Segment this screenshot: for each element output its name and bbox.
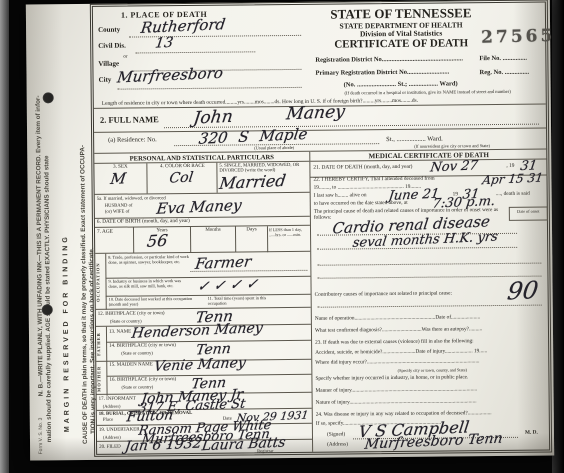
- undertaker-label: 19. UNDERTAKER: [99, 427, 140, 433]
- age-label: 7. AGE: [97, 230, 113, 236]
- date-of-onset-label: Date of onset: [510, 208, 547, 215]
- county-label: County: [98, 27, 120, 35]
- father-bp-label: 14. BIRTHPLACE (city or town): [109, 343, 176, 349]
- blank-line2: [317, 276, 541, 279]
- father-side-label: FATHER: [96, 327, 106, 361]
- full-name-label: 2. FULL NAME: [100, 115, 159, 125]
- margin-note-line1: N. B.—WRITE PLAINLY, WITH UNFADING INK—T…: [35, 96, 45, 397]
- occupation-side-label: OCCUPATION: [95, 254, 106, 310]
- signed-label: (Signed): [327, 432, 345, 438]
- age-years-value: 56: [146, 233, 169, 250]
- reg-no-label: Reg. No. ...............: [479, 69, 529, 77]
- personal-particulars-column: PERSONAL AND STATISTICAL PARTICULARS 3. …: [94, 151, 312, 454]
- scanner-edge-right: [552, 0, 564, 473]
- last-worked-label: 10. Date deceased last worked at this oc…: [109, 297, 201, 308]
- certify-label: 22. I HEREBY CERTIFY, That I attended de…: [313, 177, 434, 184]
- operation-label: Name of operation.......................…: [315, 315, 480, 323]
- external-causes-label: 23. If death was due to external causes …: [315, 339, 474, 346]
- principal-cause-block: The principal cause of death and related…: [311, 207, 548, 253]
- color-race-cell: 4. COLOR OR RACE Col: [146, 163, 217, 194]
- filed-label: 20. FILED: [99, 445, 121, 451]
- contributory-block: Contributory causes of importance not re…: [312, 283, 549, 311]
- total-time-label: 11. Total time (years) spent in this occ…: [208, 296, 278, 306]
- date-of-death-19: , 19: [506, 163, 514, 169]
- civil-dis-label: Civil Dis.: [98, 43, 126, 51]
- md-label: M. D.: [525, 431, 538, 437]
- spouse-label-1: 5a. If married, widowed, or divorced: [97, 196, 166, 202]
- certificate-title: CERTIFICATE OF DEATH: [311, 37, 491, 51]
- city-line: [118, 87, 302, 90]
- contributory-label: Contributory causes of importance not re…: [315, 291, 493, 299]
- state-title: STATE OF TENNESSEE: [311, 6, 491, 22]
- spouse-label-2: HUSBAND of: [105, 204, 133, 210]
- spouse-label-3: (or) WIFE of: [105, 210, 130, 216]
- father-name-label: 13. NAME: [109, 330, 131, 336]
- occurred-value: 7:30 p.m.: [432, 195, 496, 211]
- registration-district-label: Registration District No................…: [315, 55, 463, 64]
- residence-label: (a) Residence: No.: [108, 136, 157, 144]
- occupation-block: OCCUPATION 8. Trade, profession, or part…: [95, 251, 311, 310]
- age-row: 7. AGE Years 56 Months Days If LESS than…: [95, 225, 310, 254]
- trade-label: 8. Trade, profession, or particular kind…: [108, 255, 190, 265]
- color-race-label: 4. COLOR OR RACE: [147, 163, 217, 170]
- certify-from-value: Apr 15 31: [482, 172, 544, 187]
- residence-row: [94, 128, 546, 133]
- age-days-label: Days: [236, 227, 267, 233]
- father-side-cell: FATHER: [96, 327, 107, 361]
- date-of-death-value: Nov 27: [429, 159, 478, 174]
- no-st-ward-label: (No. ........................ St.; .....…: [344, 80, 458, 88]
- registrar-value: Laura Batts: [201, 436, 287, 454]
- filed-row: 20. FILED Jan 6 1932 Laura Batts Registr…: [97, 439, 312, 455]
- sex-value: M: [109, 171, 126, 187]
- date-of-onset-box: Date of onset: [509, 207, 548, 221]
- mother-name-label: 15. MAIDEN NAME: [109, 362, 153, 368]
- county-value: Rutherford: [140, 17, 226, 36]
- marital-cell: 5. SINGLE, MARRIED, WIDOWED, OR DIVORCED…: [216, 162, 310, 193]
- certificate-number-stamp: 27565: [481, 26, 556, 48]
- certify-block: 22. I HEREBY CERTIFY, That I attended de…: [310, 175, 547, 209]
- scanned-death-certificate: N. B.—WRITE PLAINLY, WITH UNFADING INK—T…: [0, 0, 564, 473]
- sex-cell: 3. SEX M: [94, 163, 146, 193]
- filed-date-value: Jan 6 1932: [124, 437, 203, 454]
- punch-hole-bottom: [42, 304, 53, 315]
- date-of-death-label: 21. DATE OF DEATH (month, day, and year): [313, 164, 412, 171]
- spouse-row: 5a. If married, widowed, or divorced HUS…: [95, 192, 310, 219]
- informant-address-label: (Address): [103, 404, 121, 409]
- occupation-side-cell: OCCUPATION: [95, 254, 107, 310]
- margin-binding-label: MARGIN RESERVED FOR BINDING: [62, 234, 71, 432]
- mother-bp-sub: (State or country): [121, 384, 153, 389]
- village-label: Village: [98, 61, 119, 69]
- industry-label: 9. Industry or business in which work wa…: [108, 279, 190, 289]
- burial-place-label: Place: [103, 418, 113, 423]
- primary-district-label: Primary Registration District No........…: [315, 68, 449, 77]
- margin-form-number: Form V. S. No. 3: [38, 418, 44, 455]
- father-bp-sub: (State or country): [121, 350, 153, 355]
- city-label: City: [99, 77, 112, 85]
- marital-value: Married: [218, 173, 286, 192]
- manner-label: Manner of injury........................…: [316, 387, 478, 394]
- industry-value: ✓ ✓ ✓ ✓: [196, 277, 258, 294]
- last-saw-label: I last saw h........ alive on: [314, 193, 367, 199]
- margin-note-line2: mation should be carefully supplied. AGE…: [43, 156, 53, 443]
- punch-hole-top: [43, 92, 54, 103]
- nature-label: Nature of injury........................…: [316, 399, 477, 406]
- where-injury-label: Where did injury occur?.................…: [315, 359, 479, 366]
- signed-address-label: (Address): [327, 442, 348, 448]
- age-months-label: Months: [191, 228, 235, 234]
- civil-dis-value: 13: [154, 36, 174, 51]
- full-name-value: John Maney: [192, 104, 346, 128]
- mother-side-label: MOTHER: [96, 362, 106, 396]
- test-label: What test confirmed diagnosis?..........…: [315, 327, 482, 335]
- or-label: or: [123, 55, 127, 61]
- residence-st-ward-label: St., .................. Ward.: [386, 136, 443, 144]
- color-race-value: Col: [169, 171, 195, 186]
- scanner-edge-left: [0, 0, 9, 473]
- medical-certificate-column: MEDICAL CERTIFICATE OF DEATH 21. DATE OF…: [309, 149, 550, 452]
- death-said-label: ...., death is said: [496, 192, 530, 198]
- certificate-paper: N. B.—WRITE PLAINLY, WITH UNFADING INK—T…: [26, 0, 554, 461]
- file-no-label: File No. ...............: [479, 55, 527, 63]
- certificate-form: 1. PLACE OF DEATH County Rutherford Civi…: [92, 2, 550, 455]
- undertaker-address-label: (Address): [103, 435, 121, 440]
- hospital-note: (If death occurred in a hospital or inst…: [312, 89, 544, 96]
- accident-label: Accident, suicide, or homicide?.........…: [315, 349, 487, 357]
- city-value: Murfreesboro: [116, 66, 224, 86]
- blank-line1: [317, 263, 541, 266]
- spouse-value: Eva Maney: [156, 198, 243, 217]
- margin-note-line3: CAUSE OF DEATH in plain terms, so that i…: [79, 145, 89, 444]
- informant-label: 17. INFORMANT: [99, 396, 136, 402]
- specify-injury-label: Specify whether injury occurred in indus…: [315, 375, 468, 382]
- parents-block: FATHER MOTHER 13. NAME Henderson Maney 1…: [96, 324, 312, 395]
- mother-name-value: Venie Maney: [153, 356, 247, 374]
- contributory-value: 90: [506, 278, 540, 303]
- date-of-birth-label: 6. DATE OF BIRTH (month, day, and year): [97, 219, 190, 226]
- birthplace-sub-label: (State or country): [110, 318, 142, 323]
- trade-value: Farmer: [194, 254, 252, 271]
- birthplace-label: 12. BIRTHPLACE (city or town): [98, 311, 165, 317]
- mother-side-cell: MOTHER: [96, 361, 107, 396]
- mother-bp-label: 16. BIRTHPLACE (city or town): [109, 377, 176, 383]
- civil-dis-line: [135, 51, 255, 53]
- age-less-label: If LESS than 1 day, ......hrs. or ......…: [269, 228, 308, 238]
- specify-city-note: (Specify city or town, county, and State…: [352, 368, 512, 374]
